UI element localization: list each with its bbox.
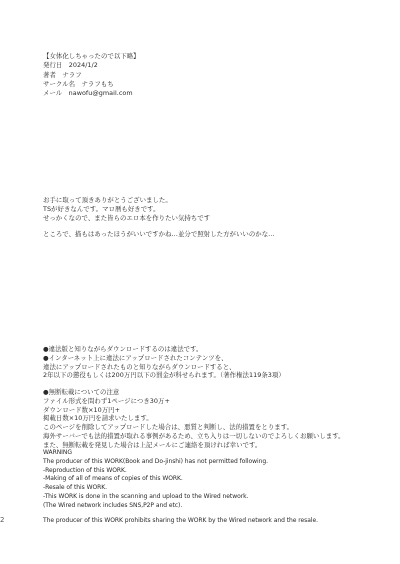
warning-line: The producer of this WORK(Book and Do-ji… bbox=[43, 458, 268, 467]
email: メール nawofu@gmail.com bbox=[43, 89, 140, 98]
warning-line: -Making of all of means of copies of thi… bbox=[43, 475, 268, 484]
afterword-line: せっかくなので、また皆らのエロ本を作りたい気持ちです bbox=[43, 214, 210, 223]
afterword-line: お手に取って頂きありがとうございました。 bbox=[43, 196, 210, 205]
repro-line: このページを削除してアップロードした場合は、悪質と判断し、法的措置をとります。 bbox=[43, 423, 345, 432]
afterword: お手に取って頂きありがとうございました。 TSが好きなんです。マロ暦も好きです。… bbox=[43, 196, 210, 223]
circle-name: サークル名 ナラフもち bbox=[43, 80, 140, 89]
afterword-line: TSが好きなんです。マロ暦も好きです。 bbox=[43, 205, 210, 214]
warning-line: (The Wired network includes SNS,P2P and … bbox=[43, 502, 268, 511]
repro-line: 海外サーバーでも法的措置が取れる事例があるため、立ち入りは一切しないのでよろしく… bbox=[43, 432, 345, 441]
publish-date: 発行日 2024/1/2 bbox=[43, 61, 140, 70]
warning-block: WARNING The producer of this WORK(Book a… bbox=[43, 449, 268, 511]
colophon: 【女体化しちゃったので以下略】 発行日 2024/1/2 著者 ナラフ サークル… bbox=[43, 52, 140, 98]
document-page: 【女体化しちゃったので以下略】 発行日 2024/1/2 著者 ナラフ サークル… bbox=[0, 0, 400, 564]
page-number: 2 bbox=[0, 516, 4, 524]
repro-heading: ●無断転載についての注意 bbox=[43, 388, 345, 397]
warning-line: -Reproduction of this WORK. bbox=[43, 467, 268, 476]
legal-line: ●インターネット上に違法にアップロードされたコンテンツを、 bbox=[43, 354, 285, 363]
legal-notice: ●違法版と知りながらダウンロードするのは違法です。 ●インターネット上に違法にア… bbox=[43, 345, 285, 380]
repro-line: ファイル形式を問わず1ページにつき30万+ bbox=[43, 397, 345, 406]
legal-line: 2年以下の懲役もしくは200万円以下の罰金が科せられます。（著作権法119条3項… bbox=[43, 371, 285, 380]
book-title: 【女体化しちゃったので以下略】 bbox=[43, 52, 140, 61]
aside-note: ところで、描もはあったほうがいいですかね…並分で照射した方がいいのかな… bbox=[43, 230, 275, 238]
warning-line: -This WORK is done in the scanning and u… bbox=[43, 493, 268, 502]
repro-line: 掲載日数×10万円を請求いたします。 bbox=[43, 414, 345, 423]
warning-final: The producer of this WORK prohibits shar… bbox=[43, 517, 318, 525]
warning-line: -Resale of this WORK. bbox=[43, 484, 268, 493]
reproduction-notice: ●無断転載についての注意 ファイル形式を問わず1ページにつき30万+ ダウンロー… bbox=[43, 388, 345, 450]
author: 著者 ナラフ bbox=[43, 71, 140, 80]
aside-text: ところで、描もはあったほうがいいですかね…並分で照射した方がいいのかな… bbox=[43, 230, 275, 238]
warning-heading: WARNING bbox=[43, 449, 268, 458]
final-line: The producer of this WORK prohibits shar… bbox=[43, 517, 318, 525]
legal-line: ●違法版と知りながらダウンロードするのは違法です。 bbox=[43, 345, 285, 354]
